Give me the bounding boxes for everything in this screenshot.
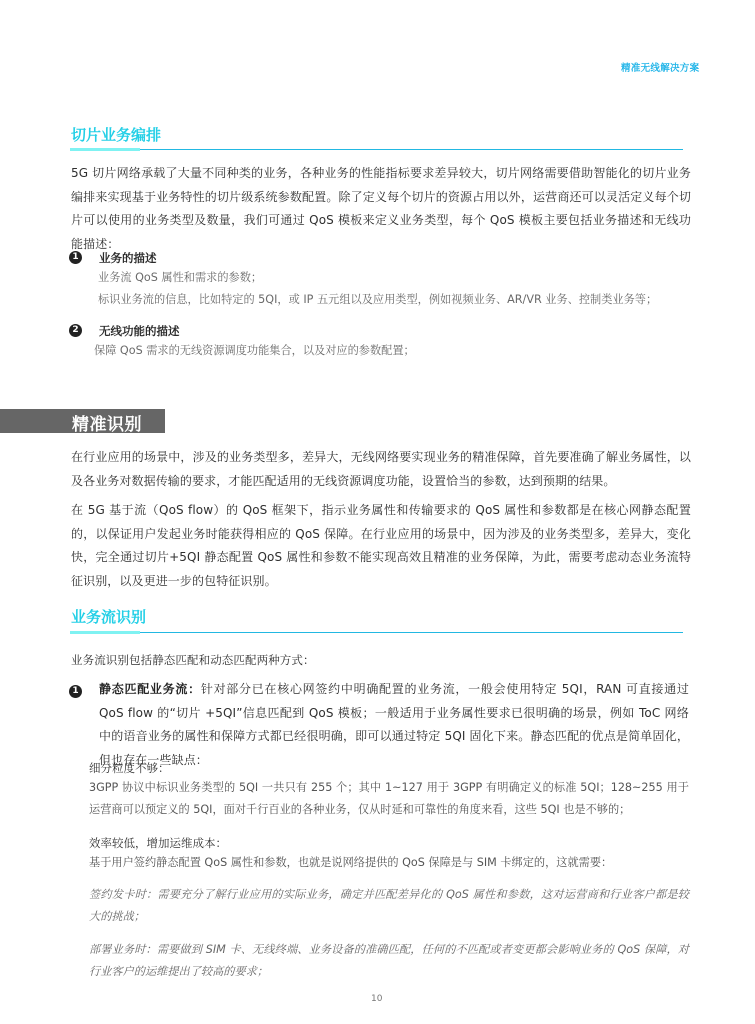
section-rule xyxy=(70,149,683,150)
slicing-intro: 5G 切片网络承载了大量不同种类的业务，各种业务的性能指标要求差异较大，切片网络… xyxy=(71,162,691,256)
number-badge-1: 1 xyxy=(69,685,82,698)
rule-accent xyxy=(70,148,140,151)
drawback-title-granularity: 细分粒度不够： xyxy=(89,760,170,776)
identification-para-2: 在 5G 基于流（QoS flow）的 QoS 框架下，指示业务属性和传输要求的… xyxy=(71,499,691,593)
efficiency-point: 部署业务时：需要做到 SIM 卡、无线终端、业务设备的准确匹配，任何的不匹配或者… xyxy=(89,939,689,983)
page-number: 10 xyxy=(371,994,382,1004)
rule-accent xyxy=(70,631,140,634)
section-banner-precise-identification: 精准识别 xyxy=(0,409,165,433)
section-heading-slicing: 切片业务编排 xyxy=(71,124,161,145)
item-line: 标识业务流的信息，比如特定的 5QI，或 IP 五元组以及应用类型，例如视频业务… xyxy=(98,289,657,311)
flow-intro: 业务流识别包括静态匹配和动态匹配两种方式： xyxy=(71,649,691,673)
static-match-lead: 静态匹配业务流： xyxy=(99,682,201,696)
section-rule xyxy=(70,632,683,633)
drawback-body-granularity: 3GPP 协议中标识业务类型的 5QI 一共只有 255 个；其中 1~127 … xyxy=(89,777,689,821)
number-badge-2: 2 xyxy=(69,324,82,337)
static-match-paragraph: 静态匹配业务流：针对部分已在核心网签约中明确配置的业务流，一般会使用特定 5QI… xyxy=(99,678,689,772)
banner-title: 精准识别 xyxy=(72,410,142,435)
number-badge-1: 1 xyxy=(69,251,82,264)
item-line: 保障 QoS 需求的无线资源调度功能集合，以及对应的参数配置； xyxy=(94,340,415,362)
efficiency-point: 签约发卡时：需要充分了解行业应用的实际业务，确定并匹配差异化的 QoS 属性和参… xyxy=(89,884,689,928)
identification-para-1: 在行业应用的场景中，涉及的业务类型多，差异大，无线网络要实现业务的精准保障，首先… xyxy=(71,446,691,493)
running-header: 精准无线解决方案 xyxy=(621,60,699,74)
item-title-wireless-description: 无线功能的描述 xyxy=(99,323,180,339)
item-title-service-description: 业务的描述 xyxy=(99,250,157,266)
drawback-body-efficiency: 基于用户签约静态配置 QoS 属性和参数，也就是说网络提供的 QoS 保障是与 … xyxy=(89,852,689,874)
drawback-title-efficiency: 效率较低，增加运维成本： xyxy=(89,835,227,851)
item-line: 业务流 QoS 属性和需求的参数； xyxy=(98,267,262,289)
section-heading-flow: 业务流识别 xyxy=(71,606,146,627)
